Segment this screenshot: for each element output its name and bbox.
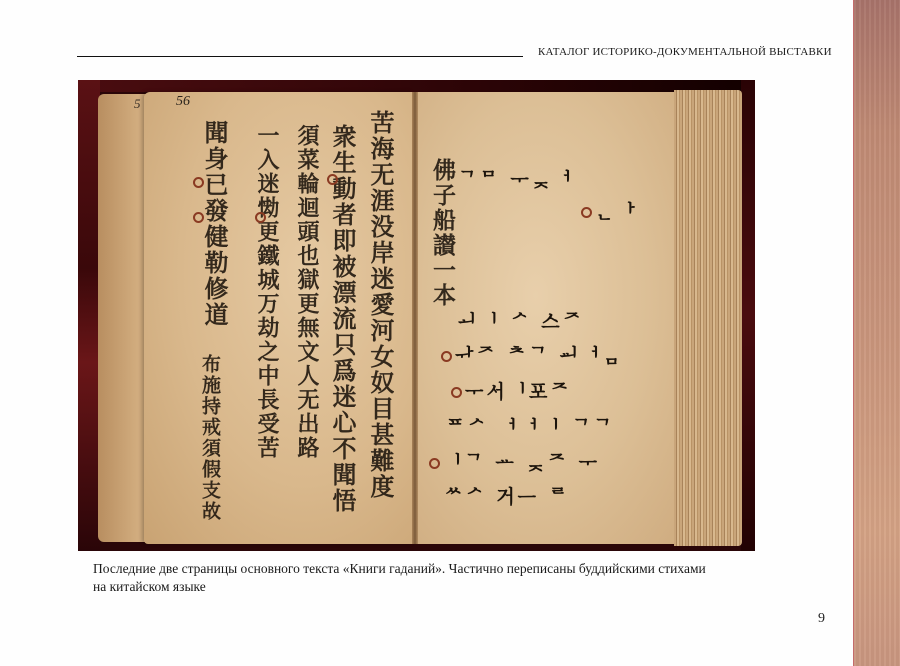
red-punctuation-mark xyxy=(327,174,338,185)
figure-caption: Последние две страницы основного текста … xyxy=(93,560,753,596)
caption-line: на китайском языке xyxy=(93,578,753,596)
glyph-text: ᆫᅡ xyxy=(595,201,638,223)
glyph-text: ᆉᅎ ᄎᄀ ᆈᅥᆷ xyxy=(455,345,624,367)
red-punctuation-mark xyxy=(451,387,462,398)
red-punctuation-mark xyxy=(193,212,204,223)
glyph-text: ᅵᄀ ᅭ ᆽᄌ ᅮ xyxy=(443,452,600,474)
left-manuscript-page: 56 苦海无涯没岸迷愛河女奴目甚難度 衆生動者即被漂流只爲迷心不聞悟 須菜輪迴頭… xyxy=(144,92,412,544)
caption-line: Последние две страницы основного текста … xyxy=(93,560,753,578)
manuscript-photo: 5 56 苦海无涯没岸迷愛河女奴目甚難度 衆生動者即被漂流只爲迷心不聞悟 須菜輪… xyxy=(78,80,755,551)
glyph-text: ᄊᄼ 거ᅳ ᄅ xyxy=(444,486,570,508)
header-rule xyxy=(77,56,523,57)
red-punctuation-mark xyxy=(429,458,440,469)
calligraphy-column: 苦海无涯没岸迷愛河女奴目甚難度 xyxy=(363,110,398,530)
glyph-text: ᅬᅵ ᄼ 스ᅎ xyxy=(458,311,584,333)
divination-glyph-row: ᅵᄀ ᅭ ᆽᄌ ᅮ xyxy=(426,448,600,475)
divination-glyph-row: ᄀᄆ ᅮᆽᅥ xyxy=(458,165,574,192)
divination-glyph-row: ᆉᅎ ᄎᄀ ᆈᅥᆷ xyxy=(438,341,624,368)
divination-glyph-row: ᄑᄼ ᅥᅥᅵ ᄀᄀ xyxy=(446,413,615,440)
divination-glyph-row: ᅬᅵ ᄼ 스ᅎ xyxy=(458,307,584,334)
calligraphy-column: 布施持戒須假支故 xyxy=(197,354,224,534)
chinese-title-column: 佛子船讃一本 xyxy=(426,158,459,338)
right-manuscript-page: 佛子船讃一本 ᄀᄆ ᅮᆽᅥ ᆫᅡ ᅬᅵ ᄼ 스ᅎ ᆉᅎ ᄎᄀ ᆈᅥᆷ ᅮᄼᅥᅵ포… xyxy=(418,92,680,544)
divination-glyph-row: ᅮᄼᅥᅵ포ᄌ xyxy=(448,377,572,404)
calligraphy-column: 聞身已發健勒修道 xyxy=(197,120,232,350)
book-cover-right xyxy=(741,80,755,551)
book-cover-top xyxy=(78,80,755,92)
calligraphy-column: 一入迷㤼更鐵城万劫之中長受苦 xyxy=(251,124,282,544)
red-punctuation-mark xyxy=(581,207,592,218)
book-cover-left xyxy=(78,80,100,551)
glyph-text: ᄀᄆ ᅮᆽᅥ xyxy=(458,169,574,191)
glyph-text: ᄑᄼ ᅥᅥᅵ ᄀᄀ xyxy=(446,417,615,439)
running-title: КАТАЛОГ ИСТОРИКО-ДОКУМЕНТАЛЬНОЙ ВЫСТАВКИ xyxy=(538,46,832,58)
calligraphy-column: 須菜輪迴頭也獄更無文人无出路 xyxy=(291,124,322,544)
calligraphy-column: 衆生動者即被漂流只爲迷心不聞悟 xyxy=(325,124,360,544)
back-page-number: 5 xyxy=(134,96,141,112)
adjacent-page-edge xyxy=(853,0,900,666)
divination-glyph-row: ᆫᅡ xyxy=(578,197,638,224)
book-fore-edge xyxy=(674,90,742,546)
red-punctuation-mark xyxy=(255,212,266,223)
left-page-number: 56 xyxy=(176,94,190,110)
red-punctuation-mark xyxy=(193,177,204,188)
divination-glyph-row: ᄊᄼ 거ᅳ ᄅ xyxy=(444,482,570,509)
page-number: 9 xyxy=(818,611,825,627)
red-punctuation-mark xyxy=(441,351,452,362)
catalog-page: КАТАЛОГ ИСТОРИКО-ДОКУМЕНТАЛЬНОЙ ВЫСТАВКИ… xyxy=(0,0,853,666)
glyph-text: ᅮᄼᅥᅵ포ᄌ xyxy=(465,381,572,403)
